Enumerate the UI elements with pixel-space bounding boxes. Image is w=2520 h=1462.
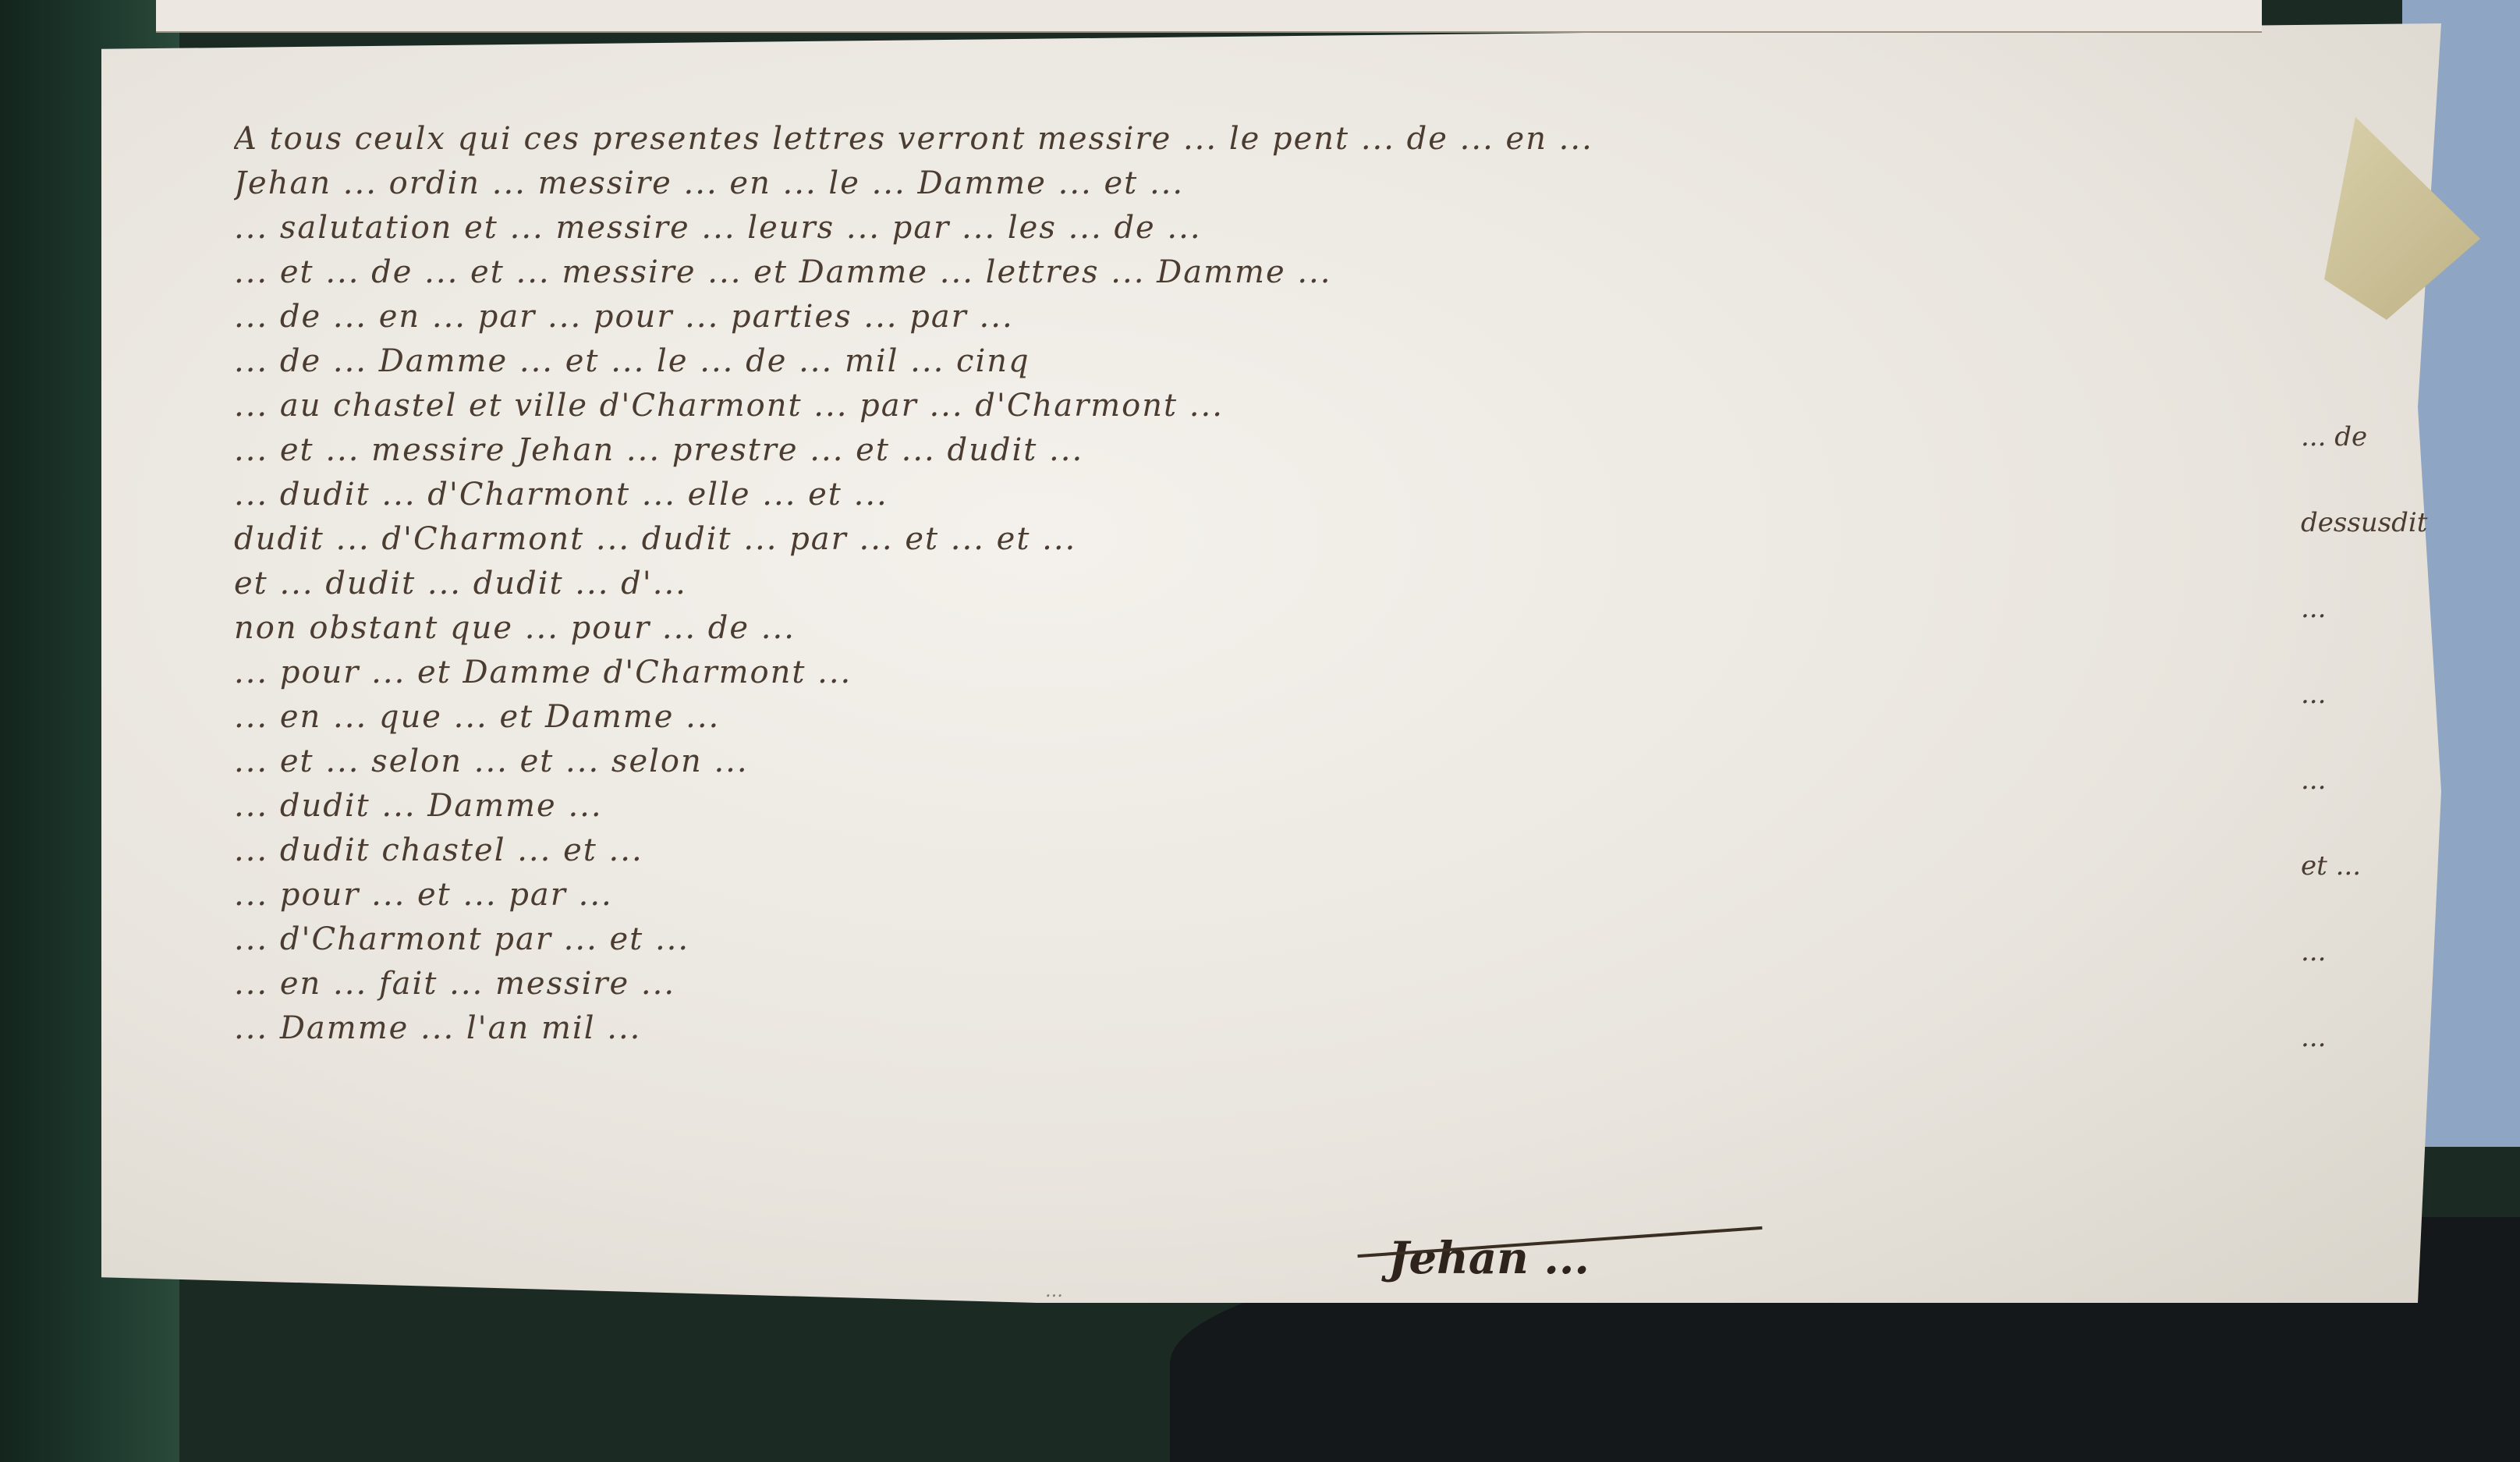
folded-top-strip	[156, 0, 2262, 33]
manuscript-text-block: A tous ceulx qui ces presentes lettres v…	[234, 117, 2262, 1051]
text-line: ... en ... fait ... messire ...	[234, 962, 2262, 1006]
text-line: non obstant que ... pour ... de ...	[234, 606, 2262, 651]
margin-note: ...	[2301, 679, 2457, 765]
text-line: Jehan ... ordin ... messire ... en ... l…	[234, 161, 2262, 206]
signature: Jehan ...	[1388, 1233, 1590, 1284]
text-line: ... et ... de ... et ... messire ... et …	[234, 250, 2262, 295]
text-line: dudit ... d'Charmont ... dudit ... par .…	[234, 517, 2262, 562]
margin-note: ...	[2301, 1022, 2457, 1108]
right-margin-notes: ... de dessusdit ... ... ... et ... ... …	[2301, 421, 2457, 1108]
text-line: ... et ... messire Jehan ... prestre ...…	[234, 428, 2262, 473]
text-line: ... dudit chastel ... et ...	[234, 829, 2262, 873]
text-line: ... de ... Damme ... et ... le ... de ..…	[234, 339, 2262, 384]
text-line: ... au chastel et ville d'Charmont ... p…	[234, 384, 2262, 428]
margin-note: ...	[2301, 593, 2457, 679]
text-line: ... pour ... et Damme d'Charmont ...	[234, 651, 2262, 695]
text-line: ... dudit ... d'Charmont ... elle ... et…	[234, 473, 2262, 517]
faint-annotation: ...	[1045, 1279, 1063, 1301]
text-line: ... dudit ... Damme ...	[234, 784, 2262, 829]
text-line: A tous ceulx qui ces presentes lettres v…	[234, 117, 2262, 161]
text-line: ... Damme ... l'an mil ...	[234, 1006, 2262, 1051]
text-line: et ... dudit ... dudit ... d'...	[234, 562, 2262, 606]
margin-note: ...	[2301, 936, 2457, 1022]
text-line: ... en ... que ... et Damme ...	[234, 695, 2262, 740]
text-line: ... de ... en ... par ... pour ... parti…	[234, 295, 2262, 339]
text-line: ... pour ... et ... par ...	[234, 873, 2262, 917]
margin-note: ...	[2301, 765, 2457, 850]
text-line: ... et ... selon ... et ... selon ...	[234, 740, 2262, 784]
text-line: ... d'Charmont par ... et ...	[234, 917, 2262, 962]
margin-note: ... de	[2301, 421, 2457, 507]
margin-note: dessusdit	[2301, 507, 2457, 593]
margin-note: et ...	[2301, 850, 2457, 936]
text-line: ... salutation et ... messire ... leurs …	[234, 206, 2262, 250]
